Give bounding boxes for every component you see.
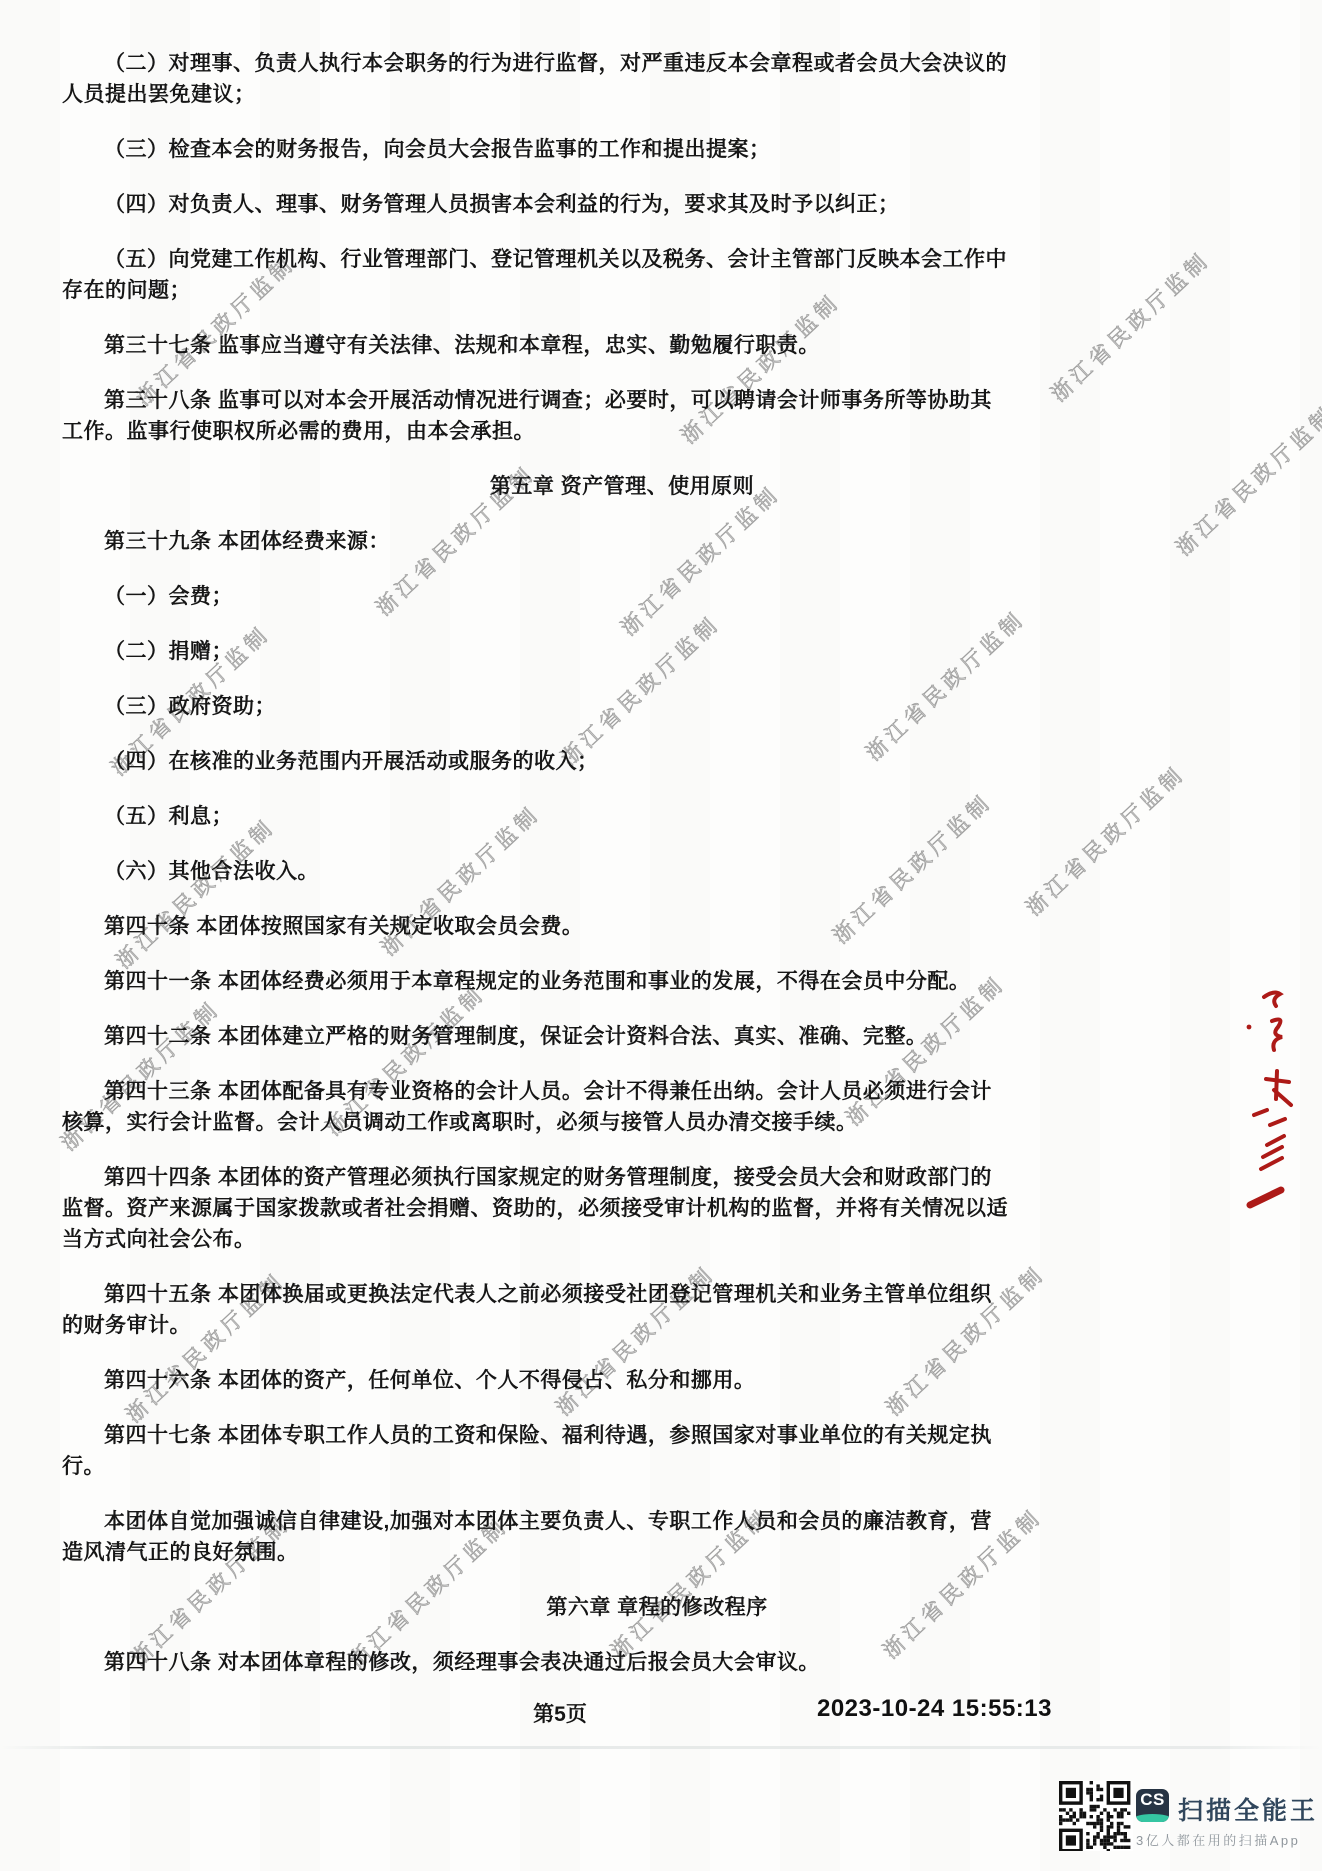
document-paragraph: 第四十五条 本团体换届或更换法定代表人之前必须接受社团登记管理机关和业务主管单位… [62,1279,1012,1341]
document-paragraph: 第四十二条 本团体建立严格的财务管理制度，保证会计资料合法、真实、准确、完整。 [62,1021,1012,1052]
document-paragraph: （三）政府资助； [62,691,1012,722]
document-paragraph: （六）其他合法收入。 [62,856,1012,887]
document-paragraph: 第四十七条 本团体专职工作人员的工资和保险、福利待遇，参照国家对事业单位的有关规… [62,1420,1012,1482]
scan-edge-divider [0,1746,1322,1749]
document-paragraph: 第四十四条 本团体的资产管理必须执行国家规定的财务管理制度，接受会员大会和财政部… [62,1162,1012,1255]
red-pen-marks [1240,985,1310,1225]
app-name: 扫描全能王 [1178,1791,1318,1827]
document-paragraph: 本团体自觉加强诚信自律建设,加强对本团体主要负责人、专职工作人员和会员的廉洁教育… [62,1506,1012,1568]
document-paragraph: 第四十三条 本团体配备具有专业资格的会计人员。会计不得兼任出纳。会计人员必须进行… [62,1076,1012,1138]
document-paragraph: 第三十七条 监事应当遵守有关法律、法规和本章程，忠实、勤勉履行职责。 [62,330,1012,361]
scanned-document-page: 浙江省民政厅监制浙江省民政厅监制浙江省民政厅监制浙江省民政厅监制浙江省民政厅监制… [0,0,1322,1871]
document-paragraph: （一）会费； [62,581,1012,612]
document-paragraph: （五）利息； [62,801,1012,832]
document-paragraph: （三）检查本会的财务报告，向会员大会报告监事的工作和提出提案； [62,134,1012,165]
document-paragraph: 第四十八条 对本团体章程的修改，须经理事会表决通过后报会员大会审议。 [62,1647,1012,1678]
document-paragraph: （四）对负责人、理事、财务管理人员损害本会利益的行为，要求其及时予以纠正； [62,189,1012,220]
document-paragraph: 第四十一条 本团体经费必须用于本章程规定的业务范围和事业的发展，不得在会员中分配… [62,966,1012,997]
document-paragraph: （四）在核准的业务范围内开展活动或服务的收入； [62,746,1012,777]
watermark-text: 浙江省民政厅监制 [1157,387,1322,573]
document-paragraph: 第三十八条 监事可以对本会开展活动情况进行调查；必要时，可以聘请会计师事务所等协… [62,385,1012,447]
document-body: （二）对理事、负责人执行本会职务的行为进行监督，对严重违反本会章程或者会员大会决… [62,48,1012,1702]
chapter-heading: 第五章 资产管理、使用原则 [147,471,1097,502]
watermark-text: 浙江省民政厅监制 [1007,747,1203,933]
qr-code [1059,1781,1133,1851]
watermark-text: 浙江省民政厅监制 [1032,233,1228,419]
camscanner-logo: CS [1136,1789,1169,1822]
document-paragraph: 第四十条 本团体按照国家有关规定收取会员会费。 [62,911,1012,942]
document-paragraph: （二）对理事、负责人执行本会职务的行为进行监督，对严重违反本会章程或者会员大会决… [62,48,1012,110]
chapter-heading: 第六章 章程的修改程序 [182,1592,1132,1623]
camscanner-logo-letters: CS [1136,1790,1169,1810]
document-paragraph: （二）捐赠； [62,636,1012,667]
document-paragraph: 第四十六条 本团体的资产，任何单位、个人不得侵占、私分和挪用。 [62,1365,1012,1396]
scan-timestamp: 2023-10-24 15:55:13 [817,1695,1052,1723]
document-paragraph: （五）向党建工作机构、行业管理部门、登记管理机关以及税务、会计主管部门反映本会工… [62,244,1012,306]
document-paragraph: 第三十九条 本团体经费来源： [62,526,1012,557]
app-tagline: 3亿人都在用的扫描App [1136,1830,1300,1849]
camscanner-logo-accent [1136,1814,1169,1822]
